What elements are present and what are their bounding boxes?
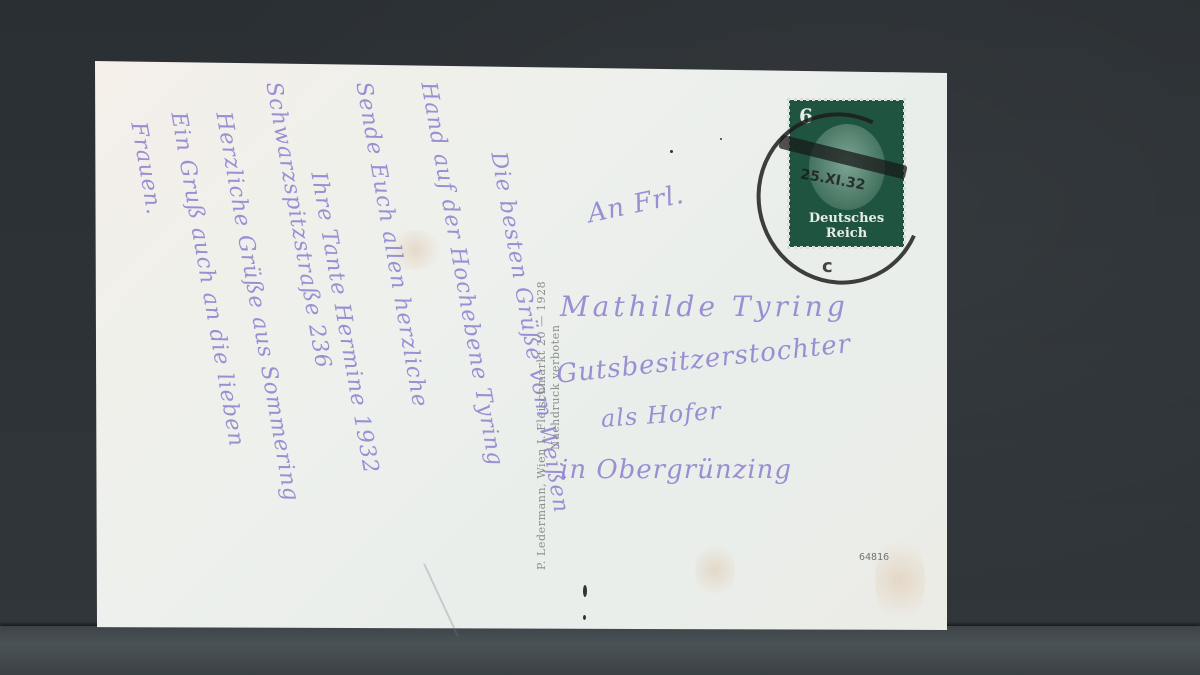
address-name: Mathilde Tyring — [560, 290, 849, 323]
age-stain — [875, 530, 925, 630]
ink-speck — [670, 150, 673, 153]
ink-speck — [583, 615, 586, 620]
ink-speck — [583, 585, 587, 597]
postmark-letter: c — [822, 256, 833, 277]
ink-speck — [720, 138, 722, 140]
publisher-line: P. Ledermann, Wien I. Fleischmarkt 20 — … — [535, 281, 548, 570]
serial-number: 64816 — [859, 552, 889, 563]
address-line-3: in Obergrünzing — [560, 455, 792, 485]
display-ledge — [0, 626, 1200, 675]
age-stain — [695, 540, 735, 600]
